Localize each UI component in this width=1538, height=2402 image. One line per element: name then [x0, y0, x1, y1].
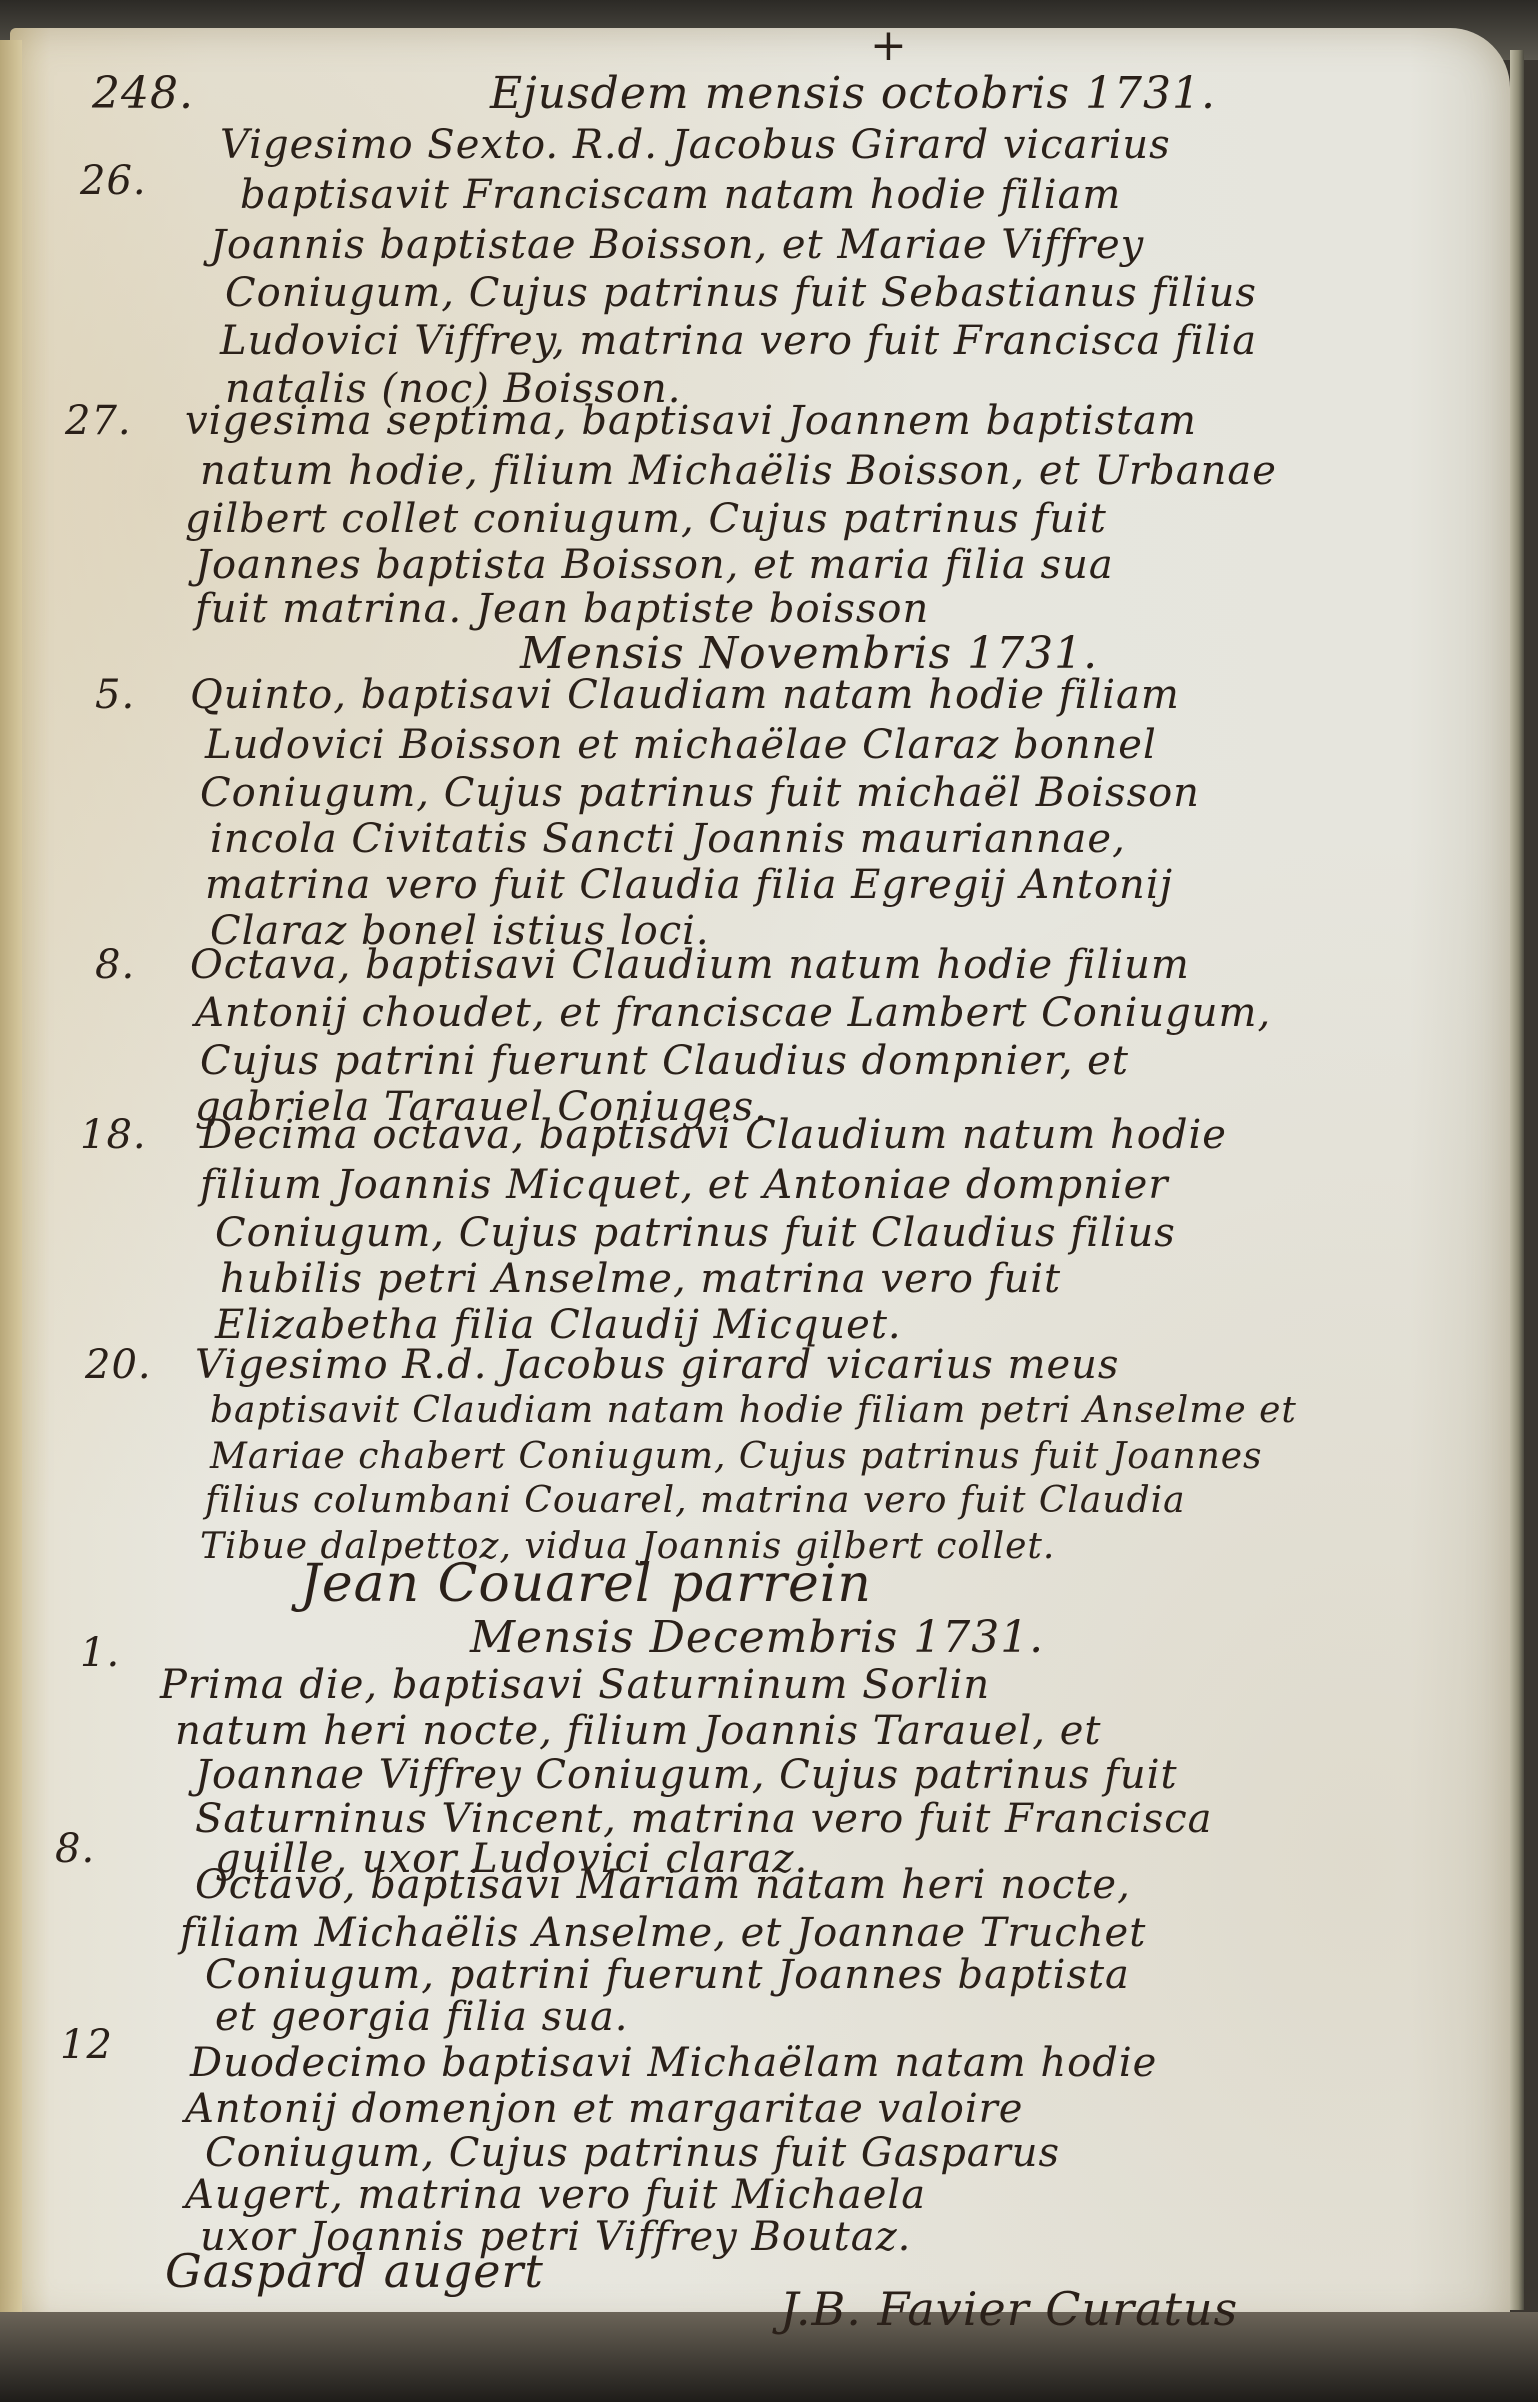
heading-december: Mensis Decembris 1731. [470, 1612, 1044, 1663]
entry-line: Ludovici Viffrey, matrina vero fuit Fran… [220, 318, 1257, 364]
entry-line: Ludovici Boisson et michaëlae Claraz bon… [205, 722, 1157, 768]
entry-line: Vigesimo Sexto. R.d. Jacobus Girard vica… [220, 122, 1171, 168]
entry-day: 18. [80, 1112, 147, 1158]
entry-day: 27. [65, 398, 132, 444]
entry-day: 5. [95, 672, 135, 718]
entry-line: Coniugum, patrini fuerunt Joannes baptis… [205, 1952, 1130, 1998]
entry-line: Antonij choudet, et franciscae Lambert C… [195, 990, 1271, 1036]
entry-line: Joannis baptistae Boisson, et Mariae Vif… [210, 222, 1144, 268]
entry-line: Mariae chabert Coniugum, Cujus patrinus … [210, 1436, 1263, 1477]
augert-signature: Gaspard augert [165, 2244, 544, 2298]
entry-line: Coniugum, Cujus patrinus fuit Sebastianu… [225, 270, 1257, 316]
entry-line: natum hodie, filium Michaëlis Boisson, e… [200, 448, 1277, 494]
entry-line: vigesima septima, baptisavi Joannem bapt… [185, 398, 1197, 444]
entry-line: gilbert collet coniugum, Cujus patrinus … [185, 496, 1107, 542]
curate-signature: J.B. Favier Curatus [780, 2282, 1238, 2336]
entry-line: baptisavit Claudiam natam hodie filiam p… [210, 1390, 1297, 1431]
entry-line: Coniugum, Cujus patrinus fuit Gasparus [205, 2130, 1060, 2176]
entry-line: filius columbani Couarel, matrina vero f… [205, 1480, 1186, 1521]
entry-line: baptisavit Franciscam natam hodie filiam [240, 172, 1121, 218]
entry-line: filiam Michaëlis Anselme, et Joannae Tru… [180, 1910, 1146, 1956]
page-number: 248. [92, 68, 194, 119]
entry-line: Augert, matrina vero fuit Michaela [185, 2172, 926, 2218]
entry-line: Prima die, baptisavi Saturninum Sorlin [160, 1662, 990, 1708]
entry-day: 8. [95, 942, 135, 988]
entry-line: filium Joannis Micquet, et Antoniae domp… [200, 1162, 1168, 1208]
entry-line: Octava, baptisavi Claudium natum hodie f… [190, 942, 1190, 988]
entry-line: Decima octava, baptisavi Claudium natum … [200, 1112, 1227, 1158]
entry-line: matrina vero fuit Claudia filia Egregij … [205, 862, 1173, 908]
entry-day: 20. [85, 1342, 152, 1388]
entry-line: fuit matrina. Jean baptiste boisson [195, 586, 929, 632]
entry-line: Antonij domenjon et margaritae valoire [185, 2086, 1023, 2132]
entry-line: Joannes baptista Boisson, et maria filia… [195, 542, 1114, 588]
scan-bottom-shadow [0, 2312, 1538, 2402]
heading-october: Ejusdem mensis octobris 1731. [490, 68, 1216, 119]
cross-mark: + [870, 20, 908, 71]
entry-day: 1. [80, 1630, 120, 1676]
entry-line: Coniugum, Cujus patrinus fuit michaël Bo… [200, 770, 1200, 816]
entry-day: 12 [60, 2022, 113, 2068]
page-binding-edge [0, 40, 22, 2320]
entry-line: Vigesimo R.d. Jacobus girard vicarius me… [195, 1342, 1119, 1388]
entry-line: Joannae Viffrey Coniugum, Cujus patrinus… [195, 1752, 1178, 1798]
entry-line: incola Civitatis Sancti Joannis mauriann… [210, 816, 1126, 862]
entry-line: hubilis petri Anselme, matrina vero fuit [220, 1256, 1061, 1302]
entry-line: Octavo, baptisavi Mariam natam heri noct… [195, 1862, 1131, 1908]
entry-day: 26. [80, 158, 147, 204]
godfather-signature: Jean Couarel parrein [300, 1554, 872, 1614]
entry-line: Quinto, baptisavi Claudiam natam hodie f… [190, 672, 1180, 718]
page-right-edge [1510, 50, 1524, 2310]
entry-line: Duodecimo baptisavi Michaëlam natam hodi… [190, 2040, 1157, 2086]
entry-line: Coniugum, Cujus patrinus fuit Claudius f… [215, 1210, 1176, 1256]
entry-line: et georgia filia sua. [215, 1994, 629, 2040]
entry-line: natum heri nocte, filium Joannis Tarauel… [175, 1708, 1101, 1754]
entry-line: Cujus patrini fuerunt Claudius dompnier,… [200, 1038, 1129, 1084]
entry-day: 8. [55, 1826, 95, 1872]
